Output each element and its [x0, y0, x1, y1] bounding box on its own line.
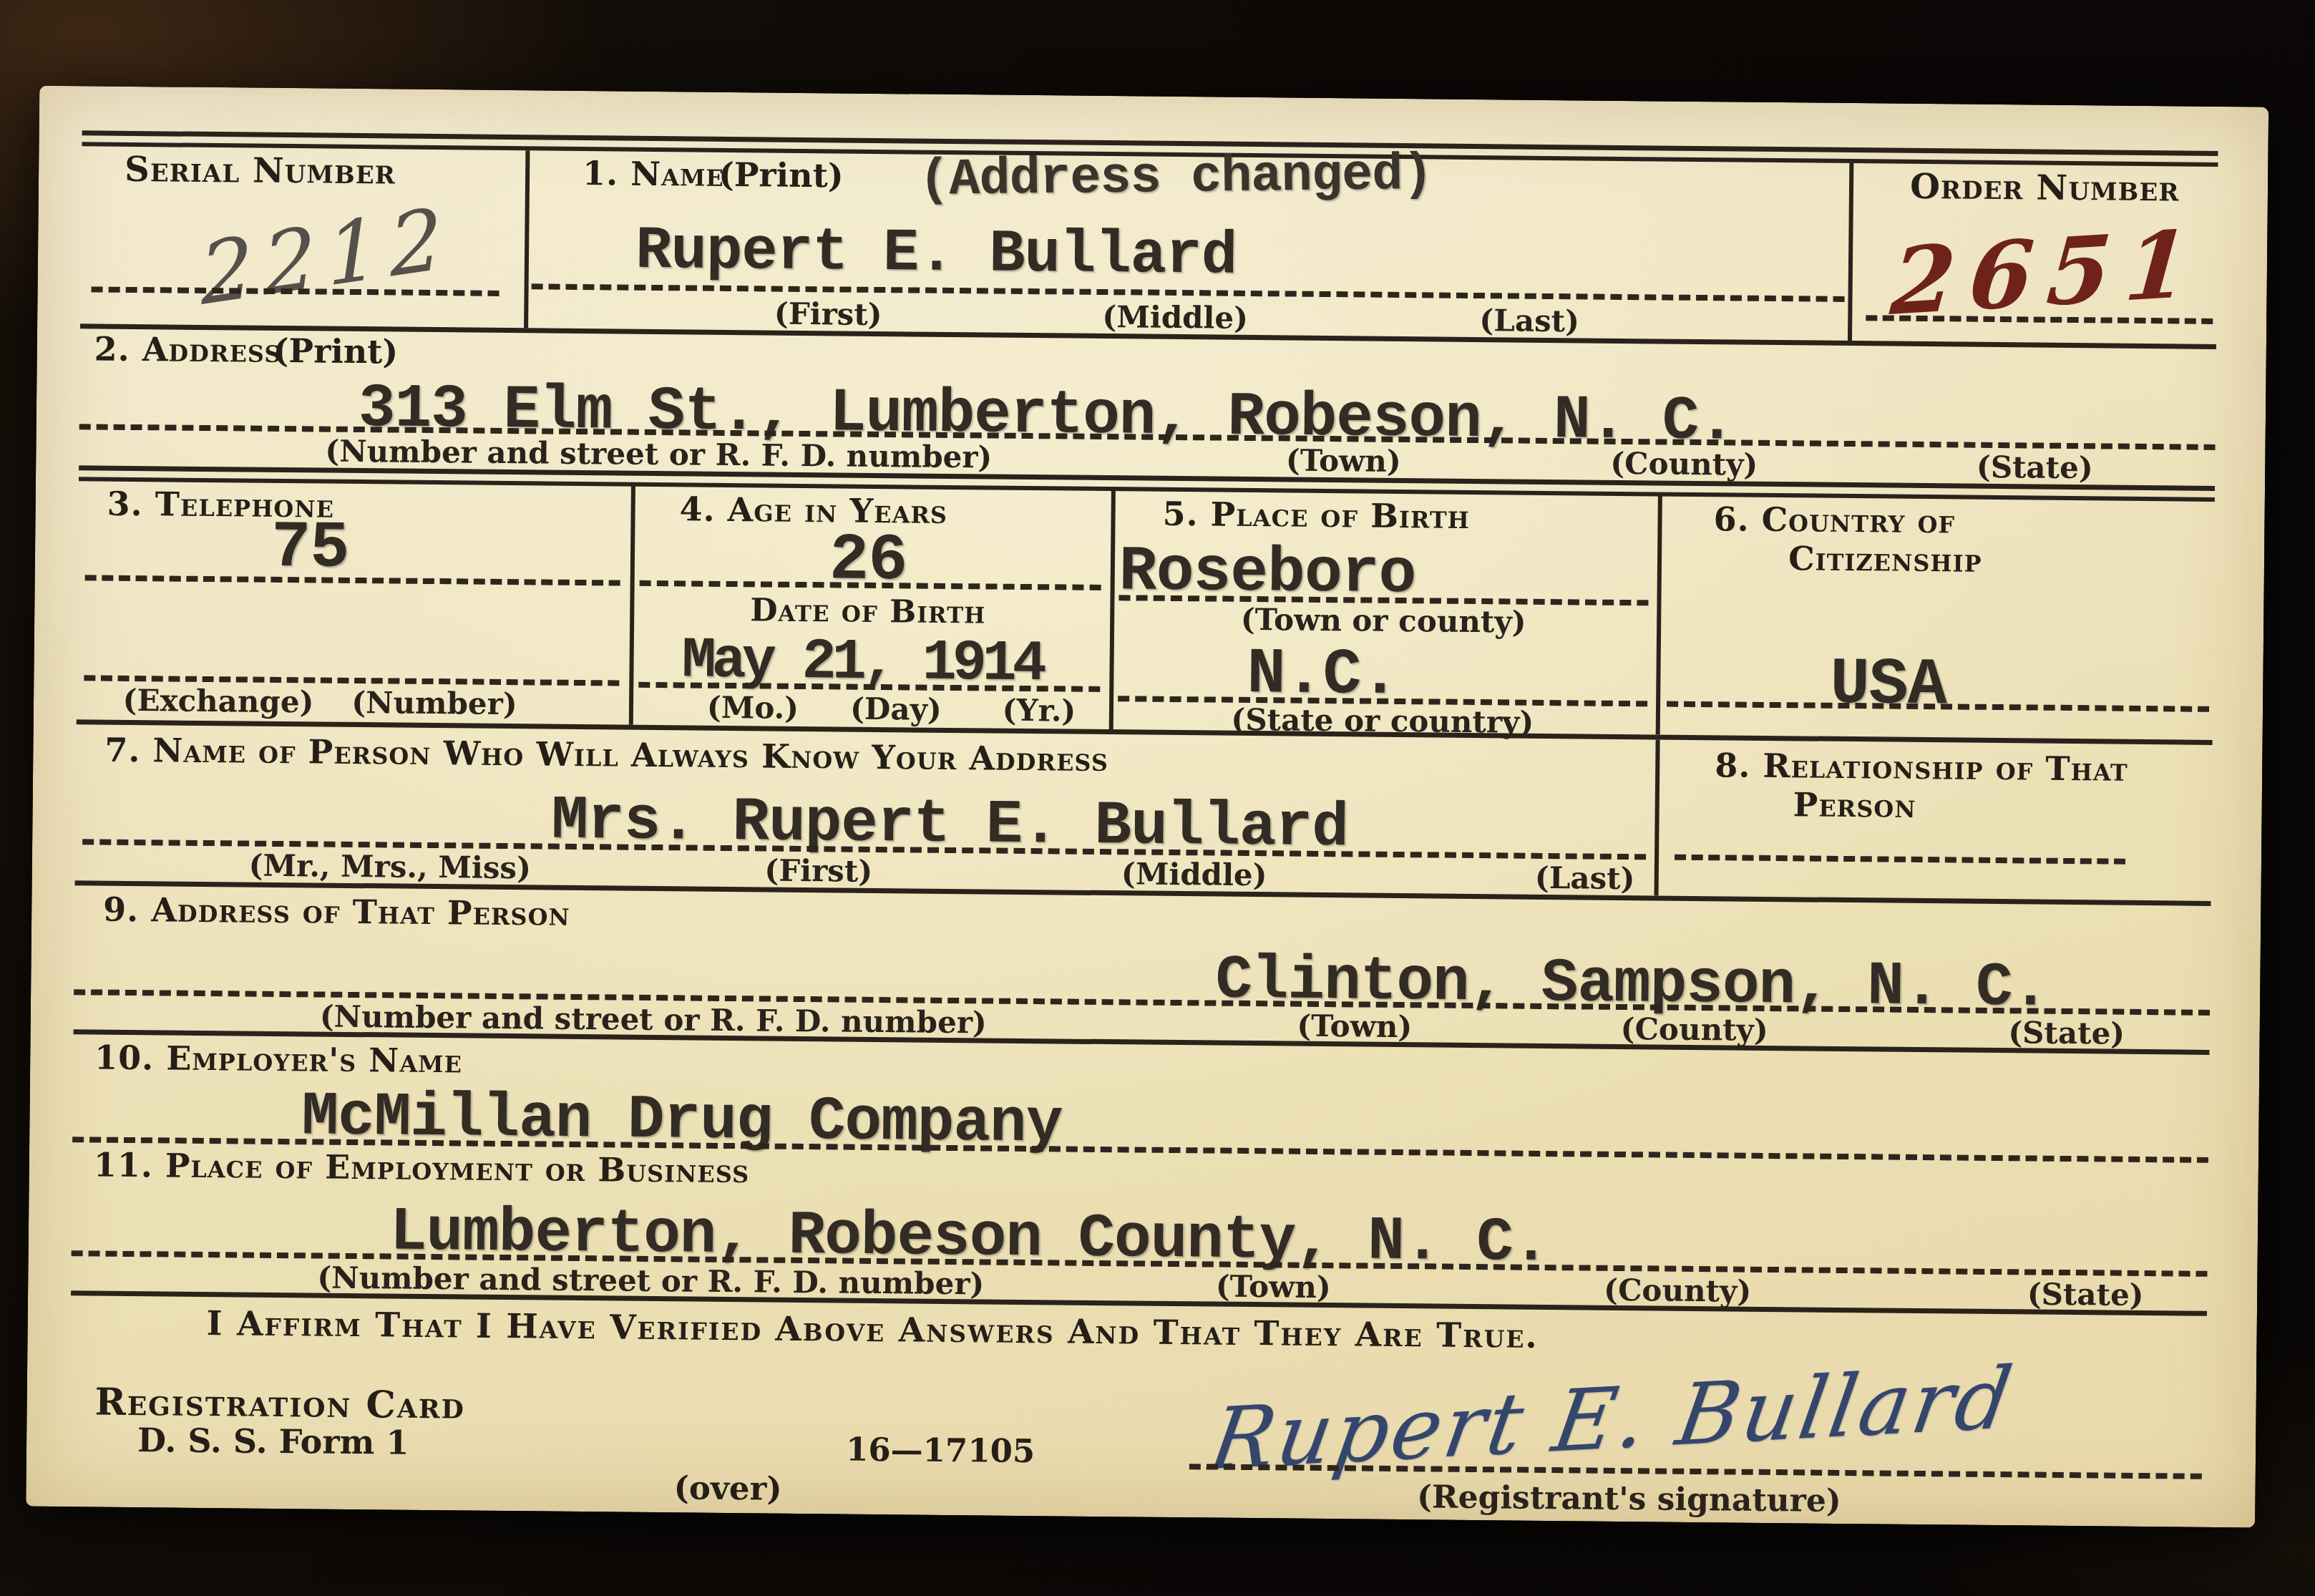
telephone-sub-exchange: (Exchange)	[122, 683, 313, 720]
contact-address-sub-town: (Town)	[1297, 1008, 1412, 1045]
employment-place-label: 11. Place of Employment or Business	[94, 1146, 750, 1191]
divider-name-order	[1848, 163, 1853, 341]
relationship-label-line2: Person	[1793, 785, 1916, 825]
serial-number-label: Serial Number	[125, 150, 396, 193]
serial-number-value: 2212	[198, 188, 454, 324]
relationship-label-line1: 8. Relationship of That	[1715, 746, 2128, 789]
birthplace-sub-town: (Town or county)	[1241, 602, 1526, 640]
employment-place-sub-town: (Town)	[1216, 1269, 1331, 1305]
address-sub-town: (Town)	[1286, 442, 1401, 479]
over-note: (over)	[673, 1469, 782, 1507]
contact-address-sub-state: (State)	[2008, 1015, 2125, 1051]
signature-label: (Registrant's signature)	[1417, 1479, 1841, 1519]
birthplace-label: 5. Place of Birth	[1162, 495, 1470, 536]
row2-double-rule	[79, 465, 2215, 502]
telephone-sub-number: (Number)	[351, 685, 517, 721]
citizenship-label-line1: 6. Country of	[1713, 500, 1955, 540]
order-number-label: Order Number	[1910, 167, 2180, 210]
name-sub-middle: (Middle)	[1102, 299, 1248, 336]
relationship-write-line	[1675, 855, 2125, 865]
contact-sub-middle: (Middle)	[1121, 856, 1267, 892]
address-sub-county: (County)	[1610, 446, 1758, 482]
telephone-value: 75	[271, 510, 349, 586]
divider-telephone-age	[629, 484, 635, 725]
name-sub-last: (Last)	[1479, 303, 1579, 339]
dob-label: Date of Birth	[750, 592, 986, 631]
employment-place-sub-county: (County)	[1604, 1273, 1752, 1309]
dob-sub-mo: (Mo.)	[707, 690, 799, 726]
name-value: Rupert E. Bullard	[635, 218, 1237, 291]
affirmation-text: I Affirm That I Have Verified Above Answ…	[206, 1304, 1539, 1356]
citizenship-label-line2: Citizenship	[1788, 539, 1982, 580]
divider-serial-name	[524, 150, 530, 328]
registration-card: Serial Number 2212 1. Name (Print) (Addr…	[26, 86, 2268, 1528]
contact-sub-first: (First)	[764, 852, 872, 888]
contact-sub-last: (Last)	[1535, 860, 1635, 896]
contact-address-label: 9. Address of That Person	[103, 890, 570, 933]
address-sub-state: (State)	[1977, 449, 2093, 486]
employer-label: 10. Employer's Name	[94, 1038, 462, 1081]
dob-sub-yr: (Yr.)	[1002, 693, 1076, 729]
contact-sub-title: (Mr., Mrs., Miss)	[248, 848, 531, 886]
form-name: D. S. S. Form 1	[137, 1421, 409, 1462]
name-field-label: 1. Name	[583, 154, 724, 194]
citizenship-value: USA	[1830, 647, 1947, 724]
address-changed-annotation: (Address changed)	[919, 145, 1433, 210]
name-field-label-paren: (Print)	[718, 155, 844, 195]
dob-sub-day: (Day)	[850, 691, 942, 727]
address-field-label-paren: (Print)	[273, 331, 398, 371]
name-sub-first: (First)	[774, 296, 882, 332]
print-code: 16—17105	[846, 1431, 1035, 1471]
employment-place-sub-state: (State)	[2027, 1276, 2144, 1313]
contact-label: 7. Name of Person Who Will Always Know Y…	[104, 731, 1108, 779]
address-field-label: 2. Address	[94, 329, 282, 370]
divider-birthplace-citizenship	[1656, 493, 1662, 734]
divider-age-birthplace	[1109, 488, 1116, 729]
age-label: 4. Age in Years	[679, 490, 947, 531]
contact-address-sub-county: (County)	[1620, 1011, 1768, 1048]
scan-background: Serial Number 2212 1. Name (Print) (Addr…	[0, 0, 2315, 1596]
telephone-write-line-1	[85, 575, 620, 585]
divider-contact-relationship	[1654, 739, 1660, 895]
